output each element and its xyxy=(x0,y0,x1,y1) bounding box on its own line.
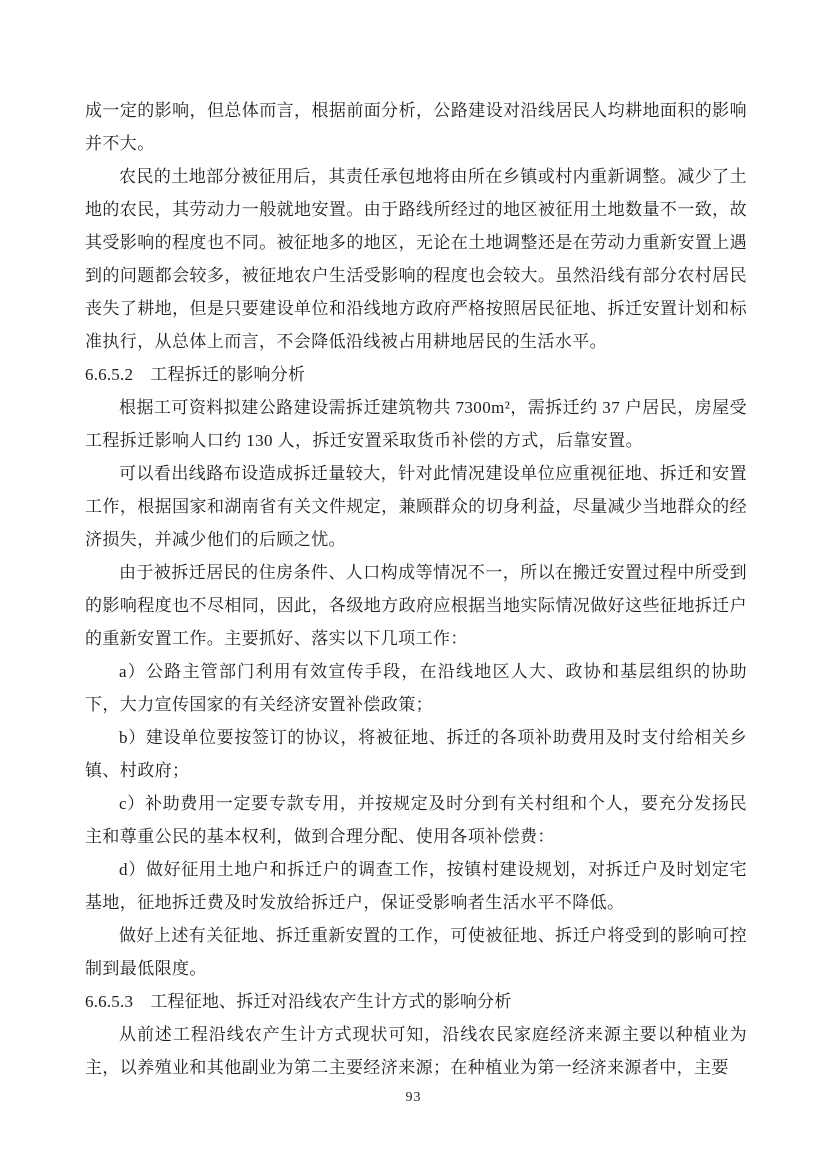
list-item-c: c）补助费用一定要专款专用，并按规定及时分到有关村组和个人，要充分发扬民主和尊重… xyxy=(85,787,747,853)
list-item-b: b）建设单位要按签订的协议，将被征地、拆迁的各项补助费用及时支付给相关乡镇、村政… xyxy=(85,721,747,787)
paragraph: 根据工可资料拟建公路建设需拆迁建筑物共 7300m²，需拆迁约 37 户居民，房… xyxy=(85,391,747,457)
section-heading-6653: 6.6.5.3 工程征地、拆迁对沿线农产生计方式的影响分析 xyxy=(85,985,747,1018)
paragraph: 农民的土地部分被征用后，其责任承包地将由所在乡镇或村内重新调整。减少了土地的农民… xyxy=(85,160,747,358)
paragraph: 做好上述有关征地、拆迁重新安置的工作，可使被征地、拆迁户将受到的影响可控制到最低… xyxy=(85,919,747,985)
list-item-a: a）公路主管部门利用有效宣传手段，在沿线地区人大、政协和基层组织的协助下，大力宣… xyxy=(85,655,747,721)
paragraph: 从前述工程沿线农产生计方式现状可知，沿线农民家庭经济来源主要以种植业为主，以养殖… xyxy=(85,1018,747,1084)
document-page: 成一定的影响，但总体而言，根据前面分析，公路建设对沿线居民人均耕地面积的影响并不… xyxy=(0,0,827,1169)
paragraph: 可以看出线路布设造成拆迁量较大，针对此情况建设单位应重视征地、拆迁和安置工作，根… xyxy=(85,457,747,556)
section-heading-6652: 6.6.5.2 工程拆迁的影响分析 xyxy=(85,358,747,391)
paragraph: 由于被拆迁居民的住房条件、人口构成等情况不一，所以在搬迁安置过程中所受到的影响程… xyxy=(85,556,747,655)
paragraph-continued: 成一定的影响，但总体而言，根据前面分析，公路建设对沿线居民人均耕地面积的影响并不… xyxy=(85,94,747,160)
list-item-d: d）做好征用土地户和拆迁户的调查工作，按镇村建设规划，对拆迁户及时划定宅基地，征… xyxy=(85,853,747,919)
page-footer: 93 xyxy=(0,1088,827,1108)
page-number: 93 xyxy=(406,1090,422,1105)
document-body: 成一定的影响，但总体而言，根据前面分析，公路建设对沿线居民人均耕地面积的影响并不… xyxy=(85,94,747,1084)
